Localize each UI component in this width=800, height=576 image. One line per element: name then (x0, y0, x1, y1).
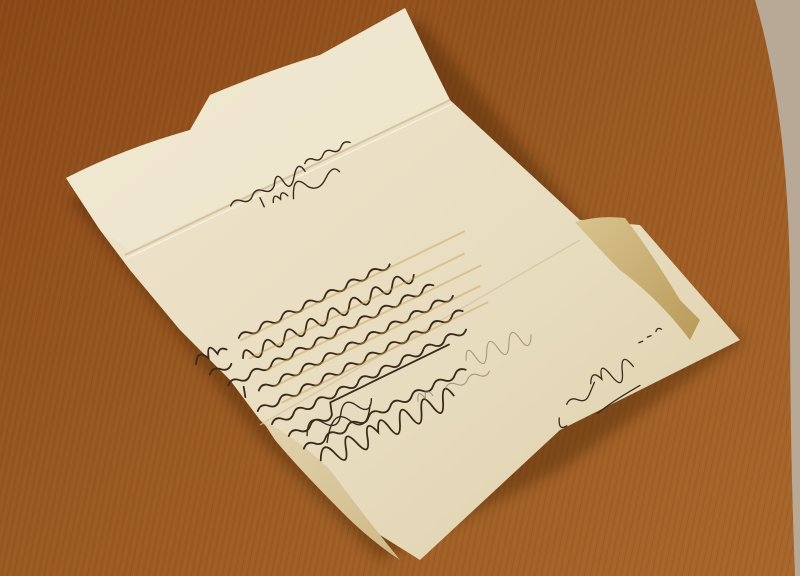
photo-scene (0, 0, 800, 576)
scene-svg (0, 0, 800, 576)
